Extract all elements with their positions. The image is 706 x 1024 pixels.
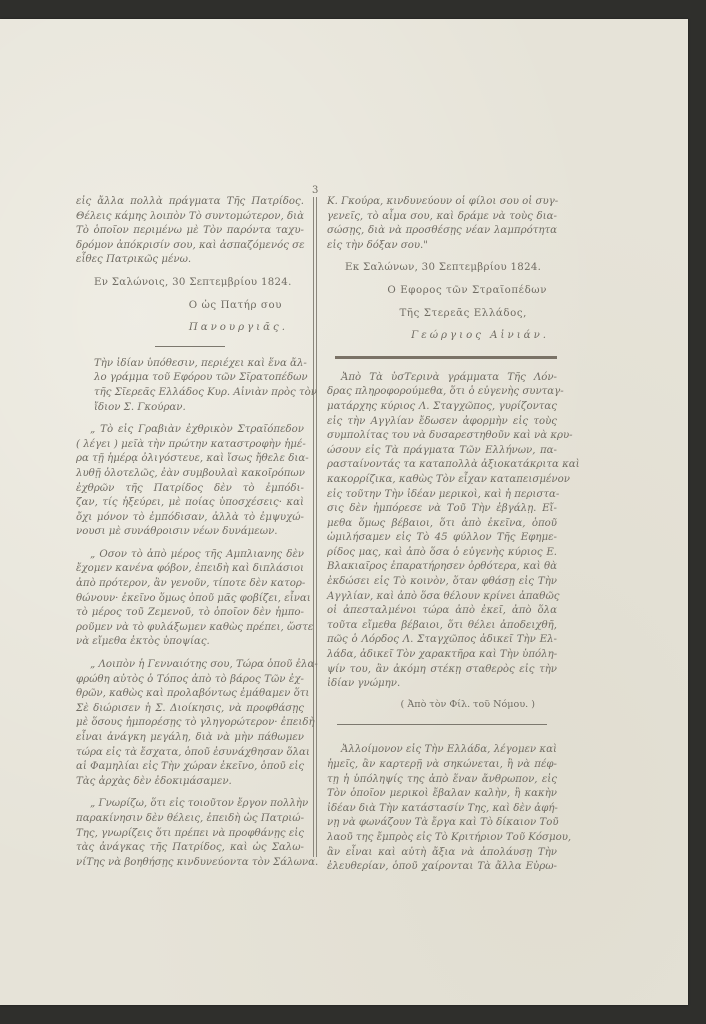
text-line: ματάρχης κύριος Λ. Σταγχῶπος, γυρίζοντας (327, 400, 557, 415)
section-rule-thick (335, 356, 557, 359)
text-line: ἡμεῖς, ἂν καρτερῇ νὰ σηκώνεται, ἢ νὰ πέφ… (327, 758, 557, 773)
source-attribution: ( Ἀπὸ τὸν Φίλ. τοῦ Νόμου. ) (327, 698, 535, 713)
intro-paragraph: Τὴν ἰδίαν ὑπόθεσιν, περιέχει καὶ ἕνα ἄλ-… (76, 357, 304, 415)
text-line: εἰς τοῦτην Τὴν ἰδέαν μερικοὶ, καὶ ἡ περι… (327, 488, 557, 503)
right-column: Κ. Γκούρα, κινδυνεύουν οἱ φίλοι σου οἱ σ… (327, 195, 557, 875)
text-line: φρώθη αὐτὸς ὁ Τόπος ἀπὸ τὸ βάρος Τῶν ἐχ- (76, 673, 304, 688)
text-line: ἴδιον Σ. Γκούραν. (76, 401, 304, 416)
left-column: εἰς ἄλλα πολλὰ πράγματα Τῆς Πατρίδος. Θέ… (76, 195, 304, 870)
text-line: ζαν, τίς ἠξεύρει, μὲ ποίας ὑποσχέσεις· κ… (76, 496, 304, 511)
text-line: γενεῖς, τὸ αἷμα σου, καὶ δράμε νὰ τοὺς δ… (327, 210, 557, 225)
text-line: „ Λοιπὸν ἡ Γενναιότης σου, Τώρα ὁποῦ ἐλα… (76, 658, 304, 673)
signature-name: Πανουργιᾶς. (76, 321, 288, 336)
text-line: τοῦτα εἴμεθα βέβαιοι, ὅτι θέλει ἀποδειχθ… (327, 619, 557, 634)
text-line: Κ. Γκούρα, κινδυνεύουν οἱ φίλοι σου οἱ σ… (327, 195, 557, 210)
text-line: δρας πληροφορούμεθα, ὅτι ὁ εὐγενὴς συντα… (327, 385, 557, 400)
signature-title: Ο Εφορος τῶν Στραῖοπέδων (327, 284, 547, 299)
text-line: „ Τὸ εἰς Γραβιὰν ἐχθρικὸν Στραῖόπεδον (76, 423, 304, 438)
text-line: αἱ Φαμηλίαι εἰς Τὴν χώραν ἐκεῖνο, ὁποῦ ε… (76, 760, 304, 775)
text-line: ἐλευθερίαν, ὁποῦ χαίρονται Τὰ ἄλλα Εὐρω- (327, 860, 557, 875)
signature-line: Ο ὡς Πατήρ σου (76, 299, 282, 314)
quoted-paragraph: „ Τὸ εἰς Γραβιὰν ἐχθρικὸν Στραῖόπεδον ( … (76, 423, 304, 540)
text-line: ( λέγει ) μεῖὰ τὴν πρώτην καταστροφὴν ἡμ… (76, 438, 304, 453)
text-line: εἶθες Πατρικῶς μένω. (76, 253, 304, 268)
section-rule (155, 346, 225, 347)
text-line: μεθα ὅμως βέβαιοι, ὅτι ἀπὸ ἐκεῖνα, ὁποῦ (327, 517, 557, 532)
text-line: ἐχθρῶν τῆς Πατρίδος δὲν τὸ ἐμπόδι- (76, 482, 304, 497)
text-line: Τὰς ἀρχὰς δὲν ἐδοκιμάσαμεν. (76, 775, 304, 790)
quoted-paragraph: „ Λοιπὸν ἡ Γενναιότης σου, Τώρα ὁποῦ ἐλα… (76, 658, 304, 789)
quoted-paragraph: „ Γνωρίζω, ὅτι εἰς τοιοῦτον ἔργον πολλὴν… (76, 797, 304, 870)
dateline: Εκ Σαλώνων, 30 Σεπτεμβρίου 1824. (345, 261, 557, 276)
letter-closing-paragraph: εἰς ἄλλα πολλὰ πράγματα Τῆς Πατρίδος. Θέ… (76, 195, 304, 268)
letter-closing-paragraph: Κ. Γκούρα, κινδυνεύουν οἱ φίλοι σου οἱ σ… (327, 195, 557, 253)
newspaper-page: 3 εἰς ἄλλα πολλὰ πράγματα Τῆς Πατρίδος. … (0, 19, 688, 1005)
text-line: Βλακιαῖρος ἐπαρατήρησεν ὀρθότερα, καὶ θὰ (327, 560, 557, 575)
text-line: τῃ ἡ ὑπόληψίς της ἀπὸ ἕναν ἄνθρωπον, εἰς (327, 773, 557, 788)
commentary-paragraph: Ἀλλοίμονον εἰς Τὴν Ελλάδα, λέγομεν καὶ ἡ… (327, 743, 557, 874)
text-line: κακορρίζικα, καθὼς Τὸν εἶχαν καταπεισμέν… (327, 473, 557, 488)
text-line: ὄχι μόνον τὸ ἐμπόδισαν, ἀλλὰ τὸ ἐμψυχώ- (76, 511, 304, 526)
text-line: „ Οσον τὸ ἀπὸ μέρος τῆς Αμπλιανης δὲν (76, 548, 304, 563)
text-line: λο γράμμα τοῦ Εφόρου τῶν Σῖρατοπέδων (76, 371, 304, 386)
text-line: εἶναι ἀνάγκη μεγάλη, διὰ νὰ μὴν πάθωμεν (76, 731, 304, 746)
text-line: λαοῦ της ἔμπρὸς εἰς Τὸ Κριτήριον Τοῦ Κόσ… (327, 831, 557, 846)
text-line: τὸ μέρος τοῦ Ζεμενοῦ, τὸ ὁποῖον δὲν ἠμπο… (76, 606, 304, 621)
text-line: Τὸν ὁποῖον μερικοὶ ἔβαλαν καλὴν, ἢ κακὴν (327, 787, 557, 802)
text-line: Αγγλίαν, καὶ ἀπὸ ὅσα θέλουν κρίνει ἀπαθῶ… (327, 590, 557, 605)
text-line: νῃ νὰ φωνάζουν Τὰ ἔργα καὶ Τὸ δίκαιον Το… (327, 816, 557, 831)
text-line: ἰδέαν διὰ Τὴν κατάστασίν Της, καὶ δὲν ἀφ… (327, 802, 557, 817)
text-line: ώσουν εἰς Τὰ πράγματα Τῶν Ελλήνων, πα- (327, 444, 557, 459)
signature-name: Γεώργιος Αἰνιάν. (327, 329, 549, 344)
text-line: σώσῃς, διὰ νὰ προσθέσῃς νέαν λαμπρότητα (327, 224, 557, 239)
text-line: „ Γνωρίζω, ὅτι εἰς τοιοῦτον ἔργον πολλὴν (76, 797, 304, 812)
text-line: λάδα, ἀδικεῖ Τὸν χαρακτῆρα καὶ Τὴν ὑπόλη… (327, 648, 557, 663)
text-line: σις δὲν ἠμπόρεσε νὰ Τοῦ Τὴν ἐβγάλῃ. Εἴ- (327, 502, 557, 517)
text-line: Τὴν ἰδίαν ὑπόθεσιν, περιέχει καὶ ἕνα ἄλ- (76, 357, 304, 372)
text-line: ροῦμεν νὰ τὸ φυλάξωμεν καθὼς πρέπει, ὥστ… (76, 621, 304, 636)
text-line: τώρα εἰς τὰ ἔσχατα, ὁποῦ ἐσυνάχθησαν ὅλα… (76, 746, 304, 761)
text-line: νίΤης νὰ βοηθήσῃς κινδυνεύοντα τὸν Σάλων… (76, 856, 304, 871)
text-line: παρακίνησιν δὲν θέλεις, ἐπειδὴ ὡς Πατριώ… (76, 812, 304, 827)
quoted-paragraph: „ Οσον τὸ ἀπὸ μέρος τῆς Αμπλιανης δὲν ἔχ… (76, 548, 304, 650)
news-paragraph: Ἀπὸ Τὰ ὑσΤερινὰ γράμματα Τῆς Λόν- δρας π… (327, 371, 557, 692)
text-line: εἰς ἄλλα πολλὰ πράγματα Τῆς Πατρίδος. (76, 195, 304, 210)
text-line: ρα τῇ ἡμέρᾳ ὀλιγόστευε, καὶ ἴσως ἤθελε δ… (76, 452, 304, 467)
column-divider (313, 197, 317, 857)
text-line: Θέλεις κάμης λοιπὸν Τὸ συντομώτερον, διὰ (76, 210, 304, 225)
text-line: ὡμιλήσαμεν εἰς Τὸ 45 φύλλον Τῆς Εφημε- (327, 531, 557, 546)
text-line: λυθῇ ὁλοτελῶς, ἐὰν συμβουλαὶ κακοῖρόπων (76, 467, 304, 482)
signature-title: Τῆς Στερεᾶς Ελλάδος, (327, 307, 527, 322)
text-line: οἱ ἀπεσταλμένοι τώρα ἀπὸ ἐκεῖ, ἀπὸ ὅλα (327, 604, 557, 619)
text-line: νὰ εἴμεθα ἐκτὸς ὑποψίας. (76, 635, 304, 650)
text-line: Της, γνωρίζεις ὅτι πρέπει νὰ προφθάνῃς ε… (76, 827, 304, 842)
dateline: Εν Σαλώνοις, 30 Σεπτεμβρίου 1824. (94, 276, 304, 291)
text-line: μὲ ὅσους ἠμπορέσῃς τὸ γληγορώτερον· ἐπει… (76, 716, 304, 731)
text-line: τὰς ἀνάγκας τῆς Πατρίδος, καὶ ὡς Σαλω- (76, 841, 304, 856)
text-line: εἰς τὴν Αγγλίαν ἔδωσεν ἀφορμὴν εἰς τοὺς (327, 415, 557, 430)
text-line: ἂν εἶναι καὶ αὐτὴ ἄξια νὰ ἀπολάυσῃ Τὴν (327, 846, 557, 861)
text-line: ἰδίαν γνώμην. (327, 677, 557, 692)
text-line: Ἀπὸ Τὰ ὑσΤερινὰ γράμματα Τῆς Λόν- (327, 371, 557, 386)
text-line: θρῶν, καθὼς καὶ προλαβόντως ἐμάθαμεν ὅτι (76, 687, 304, 702)
text-line: ψίν του, ἂν ἀκόμη στέκῃ σταθερὸς εἰς τὴν (327, 663, 557, 678)
text-line: ἐκδώσει εἰς Τὸ κοινὸν, ὅταν φθάσῃ εἰς Τὴ… (327, 575, 557, 590)
text-line: ρίδος μας, καὶ ἀπὸ ὅσα ὁ εὐγενὴς κύριος … (327, 546, 557, 561)
text-line: πῶς ὁ Λόρδος Λ. Σταγχῶπος ἀδικεῖ Τὴν Ελ- (327, 633, 557, 648)
text-line: Τὸ ὁποῖον περιμένω μὲ Τὸν παρόντα ταχυ- (76, 224, 304, 239)
text-line: εἰς τὴν δόξαν σου." (327, 239, 557, 254)
text-line: ρασταίνοντάς τα καταπολλὰ ἀξιοκατάκριτα … (327, 458, 557, 473)
text-line: τῆς Σῖερεᾶς Ελλάδος Κυρ. Αἰνιὰν πρὸς τὸν (76, 386, 304, 401)
text-line: συμπολίτας του νὰ δυσαρεστηθοῦν καὶ νὰ κ… (327, 429, 557, 444)
page-number: 3 (312, 185, 318, 196)
text-line: Ἀλλοίμονον εἰς Τὴν Ελλάδα, λέγομεν καὶ (327, 743, 557, 758)
text-line: ἀπὸ πρότερον, ἂν γενοῦν, τίποτε δὲν κατο… (76, 577, 304, 592)
text-line: νουσι μὲ συνάθροισιν νέων δυνάμεων. (76, 525, 304, 540)
section-rule (337, 724, 547, 725)
text-line: ἔχομεν κανένα φόβον, ἐπειδὴ καὶ διπλάσιο… (76, 562, 304, 577)
text-line: Σὲ διώρισεν ἡ Σ. Διοίκησις, νὰ προφθάσῃς (76, 702, 304, 717)
text-line: δρόμον ἀπόκρισίν σου, καὶ ἀσπαζόμενός σε (76, 239, 304, 254)
text-line: θώνουν· ἐκεῖνο ὅμως ὁποῦ μᾶς φοβίζει, εἶ… (76, 592, 304, 607)
